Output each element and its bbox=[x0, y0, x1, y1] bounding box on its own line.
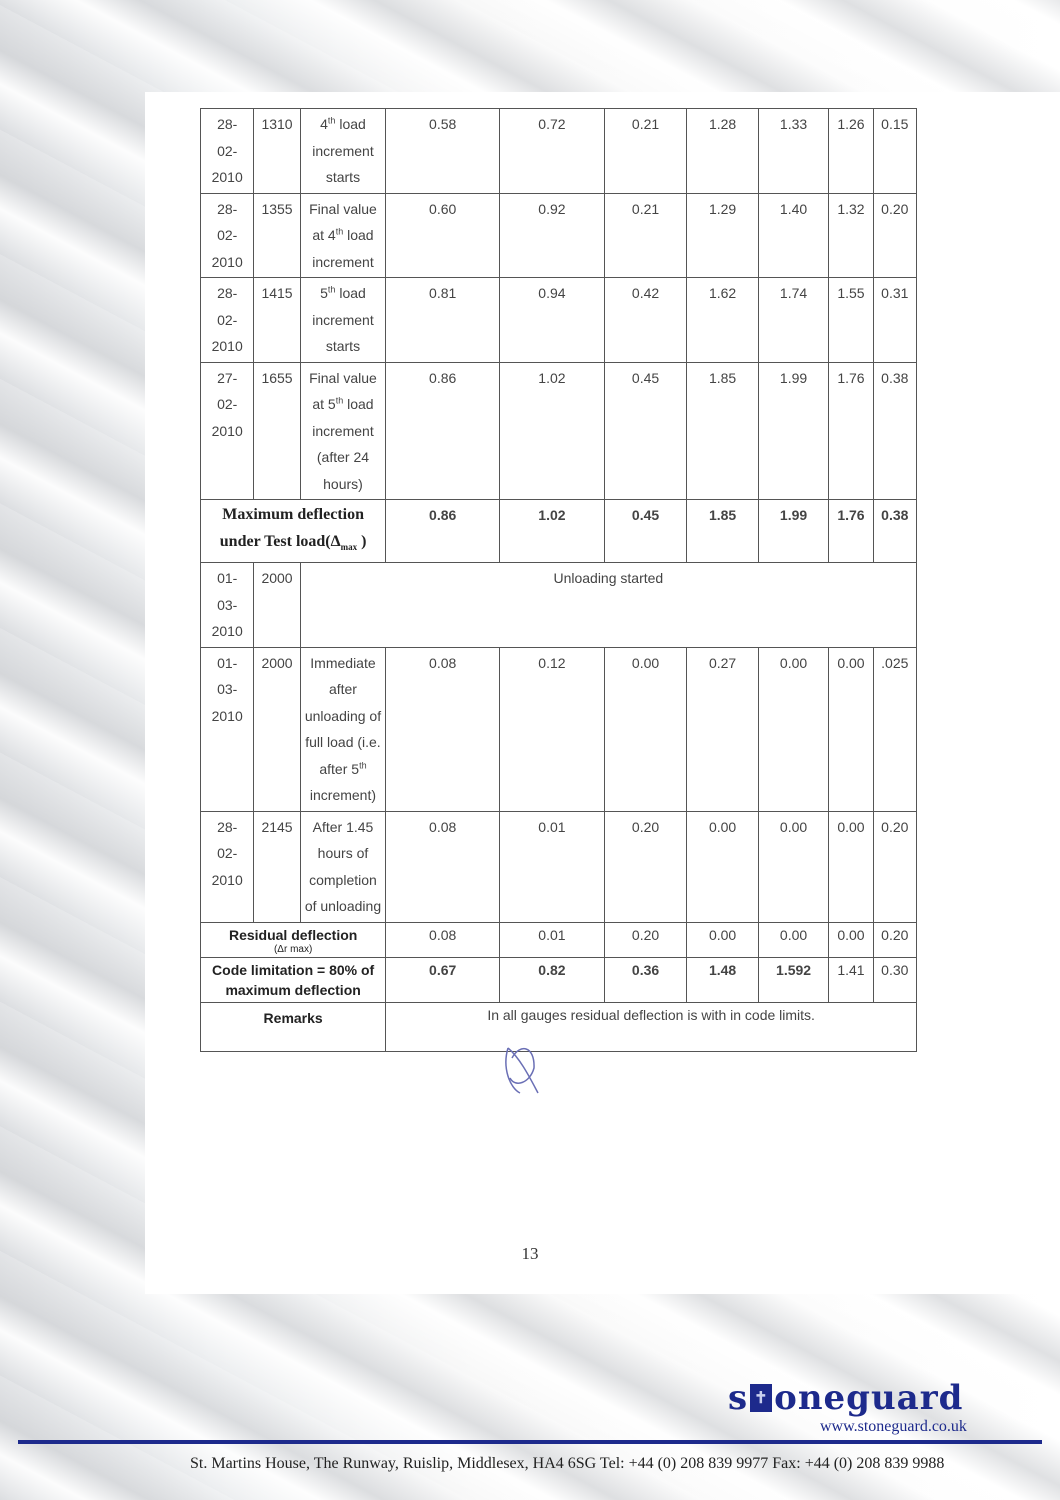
table-row: 28-02-20102145After 1.45 hours of comple… bbox=[201, 811, 917, 922]
gauge-value-cell: 1.74 bbox=[758, 278, 828, 363]
time-cell: 2145 bbox=[254, 811, 300, 922]
date-cell: 28-02-2010 bbox=[201, 278, 254, 363]
unloading-status: Unloading started bbox=[300, 563, 916, 648]
code-limitation-value: 0.36 bbox=[604, 957, 687, 1002]
gauge-value-cell: 0.00 bbox=[758, 647, 828, 811]
code-limitation-label: Code limitation = 80% of maximum deflect… bbox=[201, 957, 386, 1002]
gauge-value-cell: .025 bbox=[873, 647, 916, 811]
residual-value: 0.00 bbox=[829, 922, 873, 957]
gauge-value-cell: 0.94 bbox=[500, 278, 605, 363]
max-deflection-value: 0.86 bbox=[386, 500, 500, 563]
gauge-value-cell: 1.02 bbox=[500, 362, 605, 500]
gauge-value-cell: 0.00 bbox=[687, 811, 758, 922]
gauge-value-cell: 0.42 bbox=[604, 278, 687, 363]
date-cell: 01-03-2010 bbox=[201, 647, 254, 811]
page-number: 13 bbox=[0, 1244, 1060, 1264]
gauge-value-cell: 0.08 bbox=[386, 811, 500, 922]
gauge-value-cell: 1.32 bbox=[829, 193, 873, 278]
description-cell: 4th load increment starts bbox=[300, 109, 386, 194]
time-cell: 1355 bbox=[254, 193, 300, 278]
gauge-value-cell: 0.58 bbox=[386, 109, 500, 194]
gauge-value-cell: 0.21 bbox=[604, 193, 687, 278]
gauge-value-cell: 0.08 bbox=[386, 647, 500, 811]
footer-divider bbox=[18, 1440, 1042, 1444]
remarks-label: Remarks bbox=[201, 1002, 386, 1051]
residual-value: 0.20 bbox=[604, 922, 687, 957]
table-row: 28-02-201013104th load increment starts0… bbox=[201, 109, 917, 194]
residual-value: 0.00 bbox=[687, 922, 758, 957]
residual-deflection-label: Residual deflection(Δr max) bbox=[201, 922, 386, 957]
gauge-value-cell: 1.40 bbox=[758, 193, 828, 278]
gauge-value-cell: 0.38 bbox=[873, 362, 916, 500]
gauge-value-cell: 1.26 bbox=[829, 109, 873, 194]
time-cell: 2000 bbox=[254, 563, 300, 648]
gauge-value-cell: 0.92 bbox=[500, 193, 605, 278]
remarks-text: In all gauges residual deflection is wit… bbox=[386, 1002, 917, 1051]
gauge-value-cell: 0.20 bbox=[873, 811, 916, 922]
gauge-value-cell: 0.01 bbox=[500, 811, 605, 922]
time-cell: 1655 bbox=[254, 362, 300, 500]
residual-deflection-row: Residual deflection(Δr max)0.080.010.200… bbox=[201, 922, 917, 957]
gauge-value-cell: 0.81 bbox=[386, 278, 500, 363]
code-limitation-value: 0.67 bbox=[386, 957, 500, 1002]
max-deflection-value: 1.85 bbox=[687, 500, 758, 563]
max-deflection-value: 0.45 bbox=[604, 500, 687, 563]
time-cell: 2000 bbox=[254, 647, 300, 811]
gauge-value-cell: 0.21 bbox=[604, 109, 687, 194]
code-limitation-value: 0.82 bbox=[500, 957, 605, 1002]
time-cell: 1310 bbox=[254, 109, 300, 194]
max-deflection-value: 0.38 bbox=[873, 500, 916, 563]
gauge-value-cell: 1.28 bbox=[687, 109, 758, 194]
footer-address: St. Martins House, The Runway, Ruislip, … bbox=[190, 1455, 944, 1473]
date-cell: 01-03-2010 bbox=[201, 563, 254, 648]
residual-value: 0.08 bbox=[386, 922, 500, 957]
gauge-value-cell: 1.62 bbox=[687, 278, 758, 363]
gauge-value-cell: 0.12 bbox=[500, 647, 605, 811]
description-cell: Final value at 5th load increment (after… bbox=[300, 362, 386, 500]
gauge-value-cell: 0.00 bbox=[829, 647, 873, 811]
residual-value: 0.00 bbox=[758, 922, 828, 957]
max-deflection-label: Maximum deflection under Test load(Δmax … bbox=[201, 500, 386, 563]
gauge-value-cell: 0.45 bbox=[604, 362, 687, 500]
gauge-value-cell: 0.00 bbox=[758, 811, 828, 922]
gauge-value-cell: 1.33 bbox=[758, 109, 828, 194]
code-limitation-value: 0.30 bbox=[873, 957, 916, 1002]
gauge-value-cell: 0.31 bbox=[873, 278, 916, 363]
tower-icon bbox=[750, 1384, 772, 1412]
max-deflection-row: Maximum deflection under Test load(Δmax … bbox=[201, 500, 917, 563]
date-cell: 28-02-2010 bbox=[201, 811, 254, 922]
logo-text-end: oneguard bbox=[774, 1378, 963, 1418]
gauge-value-cell: 1.29 bbox=[687, 193, 758, 278]
gauge-value-cell: 0.20 bbox=[604, 811, 687, 922]
residual-value: 0.01 bbox=[500, 922, 605, 957]
date-cell: 28-02-2010 bbox=[201, 193, 254, 278]
max-deflection-value: 1.02 bbox=[500, 500, 605, 563]
table-row: 01-03-20102000Immediate after unloading … bbox=[201, 647, 917, 811]
max-deflection-value: 1.76 bbox=[829, 500, 873, 563]
remarks-row: RemarksIn all gauges residual deflection… bbox=[201, 1002, 917, 1051]
unloading-row: 01-03-20102000Unloading started bbox=[201, 563, 917, 648]
description-cell: After 1.45 hours of completion of unload… bbox=[300, 811, 386, 922]
description-cell: Final value at 4th load increment bbox=[300, 193, 386, 278]
description-cell: Immediate after unloading of full load (… bbox=[300, 647, 386, 811]
gauge-value-cell: 1.85 bbox=[687, 362, 758, 500]
gauge-value-cell: 0.60 bbox=[386, 193, 500, 278]
gauge-value-cell: 0.72 bbox=[500, 109, 605, 194]
table-row: 28-02-20101355Final value at 4th load in… bbox=[201, 193, 917, 278]
code-limitation-value: 1.592 bbox=[758, 957, 828, 1002]
residual-value: 0.20 bbox=[873, 922, 916, 957]
deflection-table: 28-02-201013104th load increment starts0… bbox=[200, 108, 917, 1052]
gauge-value-cell: 0.00 bbox=[604, 647, 687, 811]
gauge-value-cell: 1.99 bbox=[758, 362, 828, 500]
table-row: 27-02-20101655Final value at 5th load in… bbox=[201, 362, 917, 500]
code-limitation-value: 1.41 bbox=[829, 957, 873, 1002]
time-cell: 1415 bbox=[254, 278, 300, 363]
gauge-value-cell: 1.55 bbox=[829, 278, 873, 363]
code-limitation-row: Code limitation = 80% of maximum deflect… bbox=[201, 957, 917, 1002]
gauge-value-cell: 0.00 bbox=[829, 811, 873, 922]
website-link[interactable]: www.stoneguard.co.uk bbox=[820, 1418, 967, 1436]
table-row: 28-02-201014155th load increment starts0… bbox=[201, 278, 917, 363]
gauge-value-cell: 0.27 bbox=[687, 647, 758, 811]
gauge-value-cell: 0.86 bbox=[386, 362, 500, 500]
signature-mark bbox=[500, 1038, 550, 1098]
logo-text-start: s bbox=[728, 1378, 748, 1418]
stoneguard-logo: soneguard bbox=[728, 1378, 963, 1418]
date-cell: 27-02-2010 bbox=[201, 362, 254, 500]
gauge-value-cell: 1.76 bbox=[829, 362, 873, 500]
gauge-value-cell: 0.20 bbox=[873, 193, 916, 278]
date-cell: 28-02-2010 bbox=[201, 109, 254, 194]
max-deflection-value: 1.99 bbox=[758, 500, 828, 563]
gauge-value-cell: 0.15 bbox=[873, 109, 916, 194]
code-limitation-value: 1.48 bbox=[687, 957, 758, 1002]
description-cell: 5th load increment starts bbox=[300, 278, 386, 363]
